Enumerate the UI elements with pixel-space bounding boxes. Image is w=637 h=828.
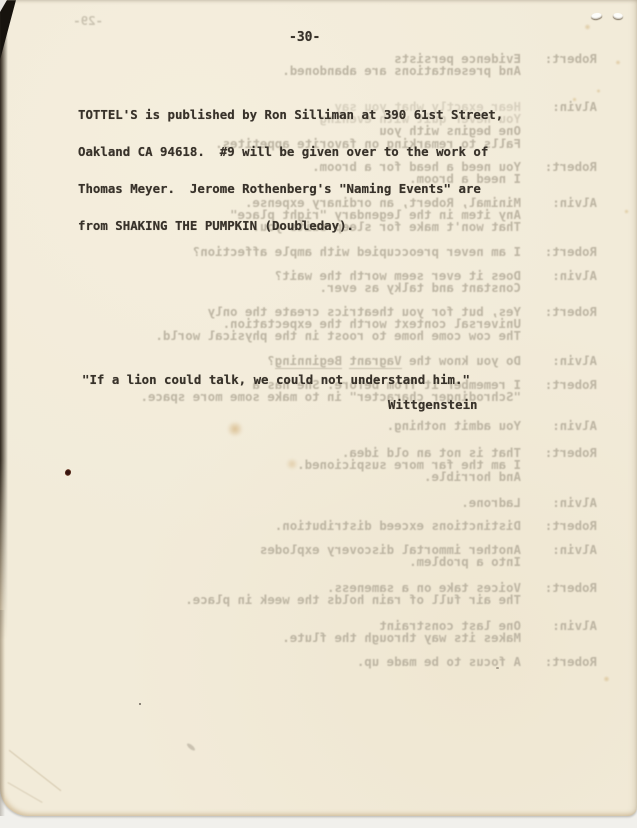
scan-edge-left: [0, 0, 8, 640]
colophon-line: from SHAKING THE PUMPKIN (Doubleday).: [78, 220, 503, 232]
colophon-line: TOTTEL'S is published by Ron Silliman at…: [78, 109, 503, 121]
attribution: Wittgenstein: [388, 399, 478, 411]
front-text-layer: -30- TOTTEL'S is published by Ron Sillim…: [0, 0, 637, 828]
colophon-line: Oakland CA 94618. #9 will be given over …: [78, 146, 503, 158]
quote-line: "If a lion could talk, we could not unde…: [82, 374, 470, 386]
colophon-paragraph: TOTTEL'S is published by Ron Silliman at…: [78, 84, 503, 258]
colophon-line: Thomas Meyer. Jerome Rothenberg's "Namin…: [78, 183, 503, 195]
page-number: -30-: [289, 32, 320, 44]
scanned-page: -29- Robert: Evidence persists And prese…: [0, 0, 637, 828]
scan-edge-left-lower: [0, 610, 5, 816]
